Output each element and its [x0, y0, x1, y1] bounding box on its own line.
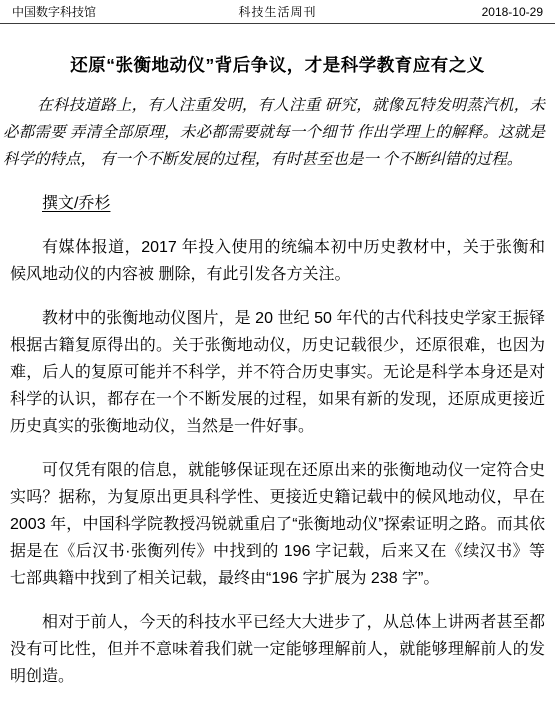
document-page: 中国数字科技馆 科技生活周刊 2018-10-29 还原“张衡地动仪”背后争议，… — [0, 0, 555, 707]
body-paragraph-3: 可仅凭有限的信息，就能够保证现在还原出来的张衡地动仪一定符合史实吗？据称，为复原… — [10, 457, 545, 592]
body-paragraph-1: 有媒体报道，2017 年投入使用的统编本初中历史教材中，关于张衡和候风地动仪的内… — [10, 234, 545, 288]
body-paragraph-2: 教材中的张衡地动仪图片，是 20 世纪 50 年代的古代科技史学家王振铎根据古籍… — [10, 305, 545, 440]
header-site-name: 中国数字科技馆 — [12, 5, 238, 19]
header-date: 2018-10-29 — [317, 5, 544, 19]
article-title: 还原“张衡地动仪”背后争议，才是科学教育应有之义 — [18, 52, 537, 78]
byline: 撰文/乔杉 — [10, 190, 545, 217]
page-header: 中国数字科技馆 科技生活周刊 2018-10-29 — [0, 0, 555, 24]
article-body: 在科技道路上，有人注重发明，有人注重 研究，就像瓦特发明蒸汽机，未必都需要 弄清… — [0, 92, 555, 690]
body-paragraph-4: 相对于前人，今天的科技水平已经大大进步了，从总体上讲两者甚至都没有可比性，但并不… — [10, 609, 545, 690]
intro-paragraph: 在科技道路上，有人注重发明，有人注重 研究，就像瓦特发明蒸汽机，未必都需要 弄清… — [3, 92, 545, 173]
header-publication-name: 科技生活周刊 — [238, 5, 316, 19]
byline-text: 撰文/乔杉 — [42, 195, 110, 212]
